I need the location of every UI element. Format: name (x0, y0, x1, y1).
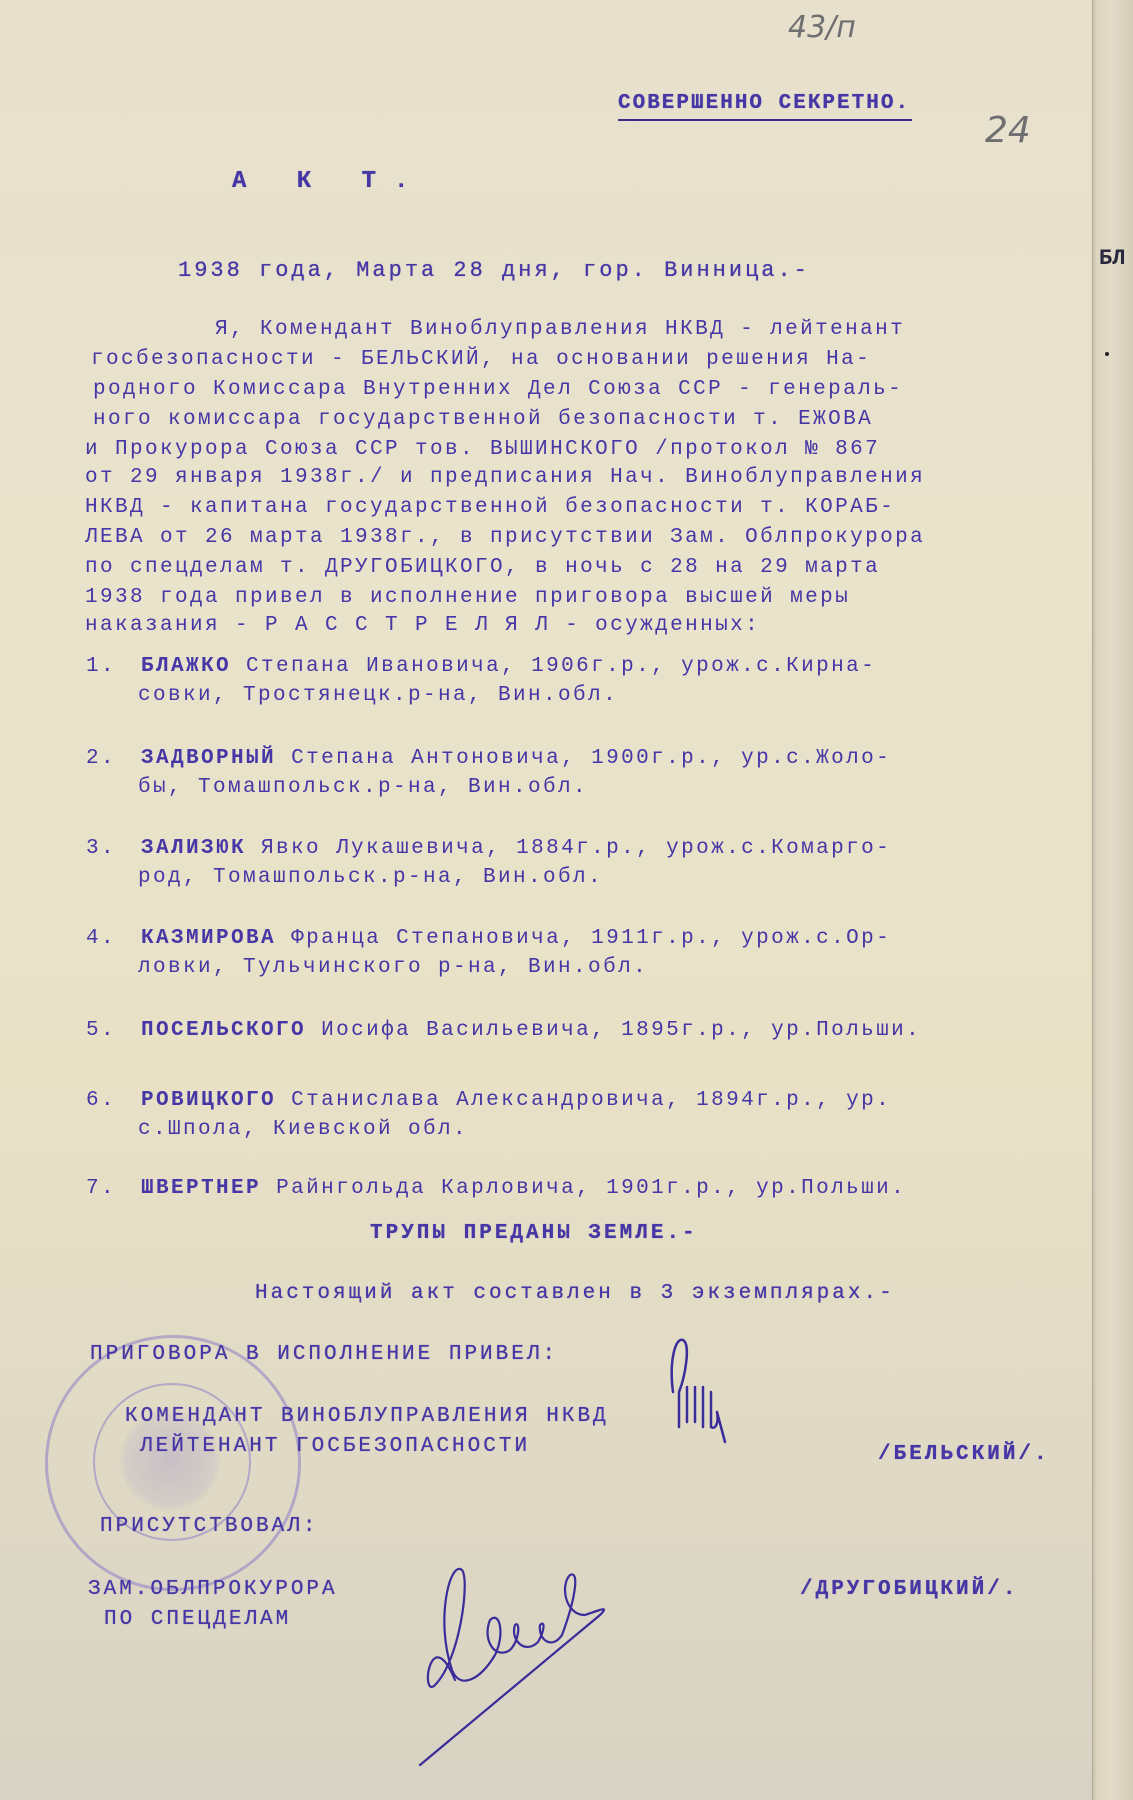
dateline: 1938 года, Марта 28 дня, гор. Винница.- (178, 258, 810, 283)
classification-header: СОВЕРШЕННО СЕКРЕТНО. (618, 92, 912, 121)
item-details-cont: ловки, Тульчинского р-на, Вин.обл. (86, 956, 891, 979)
body-line: ЛЕВА от 26 марта 1938г., в присутствии З… (85, 526, 925, 549)
item-number: 2. (86, 747, 126, 770)
item-surname: ЗАЛИЗЮК (141, 837, 246, 860)
executor-title-line1: КОМЕНДАНТ ВИНОБЛУПРАВЛЕНИЯ НКВД (125, 1405, 609, 1428)
item-details: Франца Степановича, 1911г.р., урож.с.Ор- (291, 927, 891, 950)
archive-number: 43/п (788, 10, 856, 45)
list-item: 6. РОВИЦКОГО Станислава Александровича, … (86, 1089, 891, 1141)
list-item: 7. ШВЕРТНЕР Райнгольда Карловича, 1901г.… (86, 1177, 906, 1200)
item-details: Явко Лукашевича, 1884г.р., урож.с.Комарг… (261, 837, 891, 860)
body-line: госбезопасности - БЕЛЬСКИЙ, на основании… (91, 348, 871, 371)
item-details-cont: бы, Томашпольск.р-на, Вин.обл. (86, 776, 891, 799)
item-details: Степана Антоновича, 1900г.р., ур.с.Жоло- (291, 747, 891, 770)
item-details: Станислава Александровича, 1894г.р., ур. (291, 1089, 891, 1112)
body-line: и Прокурора Союза ССР тов. ВЫШИНСКОГО /п… (85, 438, 880, 461)
item-surname: ЗАДВОРНЫЙ (141, 747, 276, 770)
adjacent-page-edge: БЛ (1092, 0, 1133, 1800)
copies-note: Настоящий акт составлен в 3 экземплярах.… (255, 1282, 895, 1305)
item-details: Иосифа Васильевича, 1895г.р., ур.Польши. (321, 1019, 921, 1042)
item-surname: ПОСЕЛЬСКОГО (141, 1019, 306, 1042)
page-number: 24 (985, 110, 1031, 151)
executor-name: /БЕЛЬСКИЙ/. (878, 1443, 1050, 1466)
item-surname: ШВЕРТНЕР (141, 1177, 261, 1200)
executor-title-line2: ЛЕЙТЕНАНТ ГОСБЕЗОПАСНОСТИ (140, 1435, 530, 1458)
ink-dot (1105, 352, 1109, 356)
body-line: НКВД - капитана государственной безопасн… (85, 496, 895, 519)
list-item: 2. ЗАДВОРНЫЙ Степана Антоновича, 1900г.р… (86, 747, 891, 799)
item-details-cont: род, Томашпольск.р-на, Вин.обл. (86, 866, 891, 889)
list-item: 5. ПОСЕЛЬСКОГО Иосифа Васильевича, 1895г… (86, 1019, 921, 1042)
executor-signature (665, 1332, 755, 1447)
item-details-cont: совки, Тростянецк.р-на, Вин.обл. (86, 684, 876, 707)
body-line: по спецделам т. ДРУГОБИЦКОГО, в ночь с 2… (85, 556, 880, 579)
burial-note: ТРУПЫ ПРЕДАНЫ ЗЕМЛЕ.- (370, 1222, 698, 1245)
item-surname: КАЗМИРОВА (141, 927, 276, 950)
item-details: Степана Ивановича, 1906г.р., урож.с.Кирн… (246, 655, 876, 678)
document-title: А К Т. (232, 168, 426, 195)
body-line: ного комиссара государственной безопасно… (93, 408, 873, 431)
item-number: 7. (86, 1177, 126, 1200)
item-number: 1. (86, 655, 126, 678)
witness-signature (220, 1560, 780, 1780)
official-seal-stamp (45, 1335, 301, 1591)
body-line: наказания - Р А С С Т Р Е Л Я Л - осужде… (85, 614, 760, 637)
item-surname: РОВИЦКОГО (141, 1089, 276, 1112)
adjacent-page-text: БЛ (1099, 246, 1125, 271)
body-line: Я, Комендант Виноблуправления НКВД - лей… (215, 318, 905, 341)
body-line: от 29 января 1938г./ и предписания Нач. … (85, 466, 925, 489)
body-line: родного Комиссара Внутренних Дел Союза С… (93, 378, 903, 401)
item-number: 5. (86, 1019, 126, 1042)
witness-heading: ПРИСУТСТВОВАЛ: (100, 1515, 318, 1538)
list-item: 4. КАЗМИРОВА Франца Степановича, 1911г.р… (86, 927, 891, 979)
item-details: Райнгольда Карловича, 1901г.р., ур.Польш… (276, 1177, 906, 1200)
item-number: 4. (86, 927, 126, 950)
item-number: 6. (86, 1089, 126, 1112)
body-line: 1938 года привел в исполнение приговора … (85, 586, 850, 609)
witness-name: /ДРУГОБИЦКИЙ/. (800, 1578, 1018, 1601)
executor-heading: ПРИГОВОРА В ИСПОЛНЕНИЕ ПРИВЕЛ: (90, 1343, 558, 1366)
item-surname: БЛАЖКО (141, 655, 231, 678)
list-item: 3. ЗАЛИЗЮК Явко Лукашевича, 1884г.р., ур… (86, 837, 891, 889)
item-number: 3. (86, 837, 126, 860)
item-details-cont: с.Шпола, Киевской обл. (86, 1118, 891, 1141)
list-item: 1. БЛАЖКО Степана Ивановича, 1906г.р., у… (86, 655, 876, 707)
